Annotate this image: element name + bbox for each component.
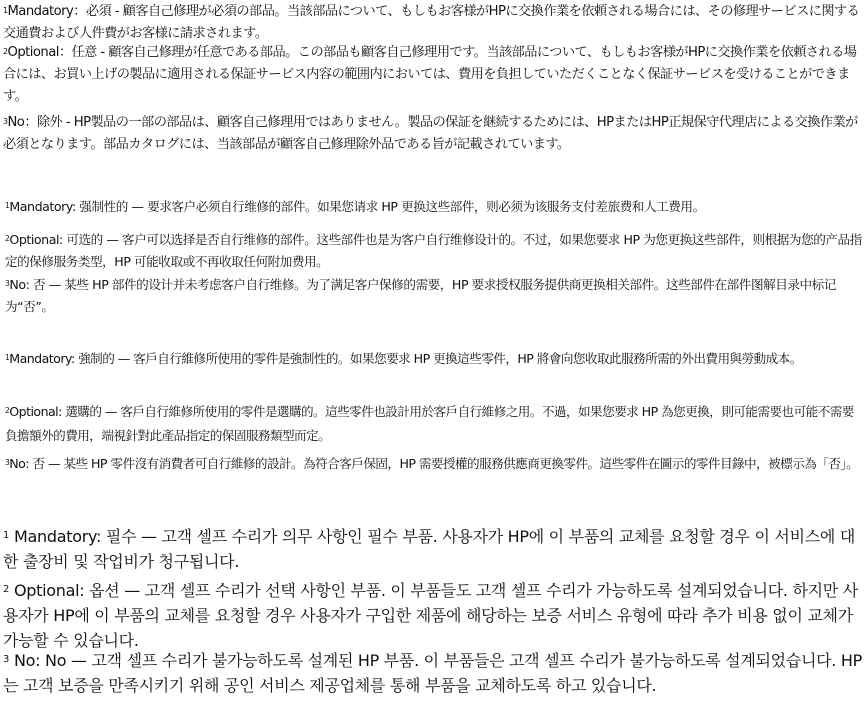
footnote-optional-zh-cn: 2Optional: 可选的 — 客户可以选择是否自行维修的部件。这些部件也是为…	[5, 229, 865, 273]
footnote-text: 選購的 — 客戶自行維修所使用的零件是選購的。這些零件也設計用於客戶自行維修之用…	[5, 404, 854, 443]
footnote-mandatory-zh-cn: 1Mandatory: 强制性的 — 要求客户必须自行维修的部件。如果您请求 H…	[5, 196, 865, 218]
footnote-text: 옵션 — 고객 셀프 수리가 선택 사항인 부품. 이 부품들도 고객 셀프 수…	[3, 581, 858, 650]
footnote-label: Optional:	[9, 404, 62, 419]
footnote-marker: 2	[5, 234, 9, 243]
footnote-text: 可选的 — 客户可以选择是否自行维修的部件。这些部件也是为客户自行维修设计的。不…	[5, 232, 862, 269]
footnote-no-ja: 3No：除外 - HP製品の一部の部品は、顧客自己修理用ではありません。製品の保…	[3, 112, 863, 156]
footnote-mandatory-ja: 1Mandatory：必須 - 顧客自己修理が必須の部品。当該部品について、もし…	[3, 1, 863, 45]
footnote-no-zh-cn: 3No: 否 — 某些 HP 部件的设计并未考虑客户自行维修。为了满足客户保修的…	[5, 274, 865, 318]
footnote-no-ko: 3No: No — 고객 셀프 수리가 불가능하도록 설계된 HP 부품. 이 …	[3, 648, 863, 698]
footnote-text: ：任意 - 顧客自己修理が任意である部品。この部品も顧客自己修理用です。当該部品…	[3, 45, 856, 104]
footnote-marker: 3	[3, 654, 9, 665]
footnote-text: 필수 — 고객 셀프 수리가 의무 사항인 필수 부품. 사용자가 HP에 이 …	[3, 527, 855, 571]
footnote-optional-ko: 2Optional: 옵션 — 고객 셀프 수리가 선택 사항인 부품. 이 부…	[3, 578, 863, 653]
footnote-label: Mandatory	[7, 4, 73, 19]
footnote-label: Optional:	[9, 232, 62, 247]
footnote-marker: 2	[3, 47, 7, 56]
footnote-optional-zh-tw: 2Optional: 選購的 — 客戶自行維修所使用的零件是選購的。這些零件也設…	[5, 400, 865, 448]
footnote-marker: 2	[3, 584, 9, 595]
footnote-mandatory-ko: 1Mandatory: 필수 — 고객 셀프 수리가 의무 사항인 필수 부품.…	[3, 524, 863, 574]
footnote-label: No	[7, 115, 24, 130]
footnote-marker: 3	[5, 458, 9, 467]
footnote-label: Mandatory:	[9, 351, 74, 366]
footnote-label: Mandatory:	[9, 199, 75, 214]
footnote-text: 否 — 某些 HP 零件沒有消費者可自行維修的設計。為符合客戶保固，HP 需要授…	[29, 456, 858, 471]
footnote-label: Optional	[7, 45, 58, 60]
footnote-optional-ja: 2Optional：任意 - 顧客自己修理が任意である部品。この部品も顧客自己修…	[3, 42, 863, 108]
footnote-marker: 1	[5, 201, 9, 210]
footnote-marker: 3	[3, 117, 7, 126]
footnote-mandatory-zh-tw: 1Mandatory: 強制的 — 客戶自行維修所使用的零件是強制性的。如果您要…	[5, 347, 865, 371]
footnote-label: No:	[9, 456, 29, 471]
footnote-text: 否 — 某些 HP 部件的设计并未考虑客户自行维修。为了满足客户保修的需要，HP…	[5, 277, 836, 314]
footnote-text: No — 고객 셀프 수리가 불가능하도록 설계된 HP 부품. 이 부품들은 …	[3, 651, 862, 695]
footnote-label: No:	[9, 277, 29, 292]
footnote-text: 强制性的 — 要求客户必须自行维修的部件。如果您请求 HP 更换这些部件，则必须…	[76, 199, 705, 214]
footnote-marker: 2	[5, 406, 9, 415]
footnote-marker: 1	[3, 530, 9, 541]
footnote-text: 強制的 — 客戶自行維修所使用的零件是強制性的。如果您要求 HP 更換這些零件，…	[75, 351, 802, 366]
footnote-label: Optional:	[14, 581, 84, 600]
footnote-text: ：除外 - HP製品の一部の部品は、顧客自己修理用ではありません。製品の保証を継…	[3, 115, 858, 152]
footnote-marker: 3	[5, 279, 9, 288]
footnote-marker: 1	[3, 6, 7, 15]
footnote-label: No:	[14, 651, 40, 670]
footnote-marker: 1	[5, 353, 9, 362]
footnote-text: ：必須 - 顧客自己修理が必須の部品。当該部品について、もしもお客様がHPに交換…	[3, 4, 859, 41]
footnote-label: Mandatory:	[14, 527, 101, 546]
footnote-no-zh-tw: 3No: 否 — 某些 HP 零件沒有消費者可自行維修的設計。為符合客戶保固，H…	[5, 452, 865, 476]
